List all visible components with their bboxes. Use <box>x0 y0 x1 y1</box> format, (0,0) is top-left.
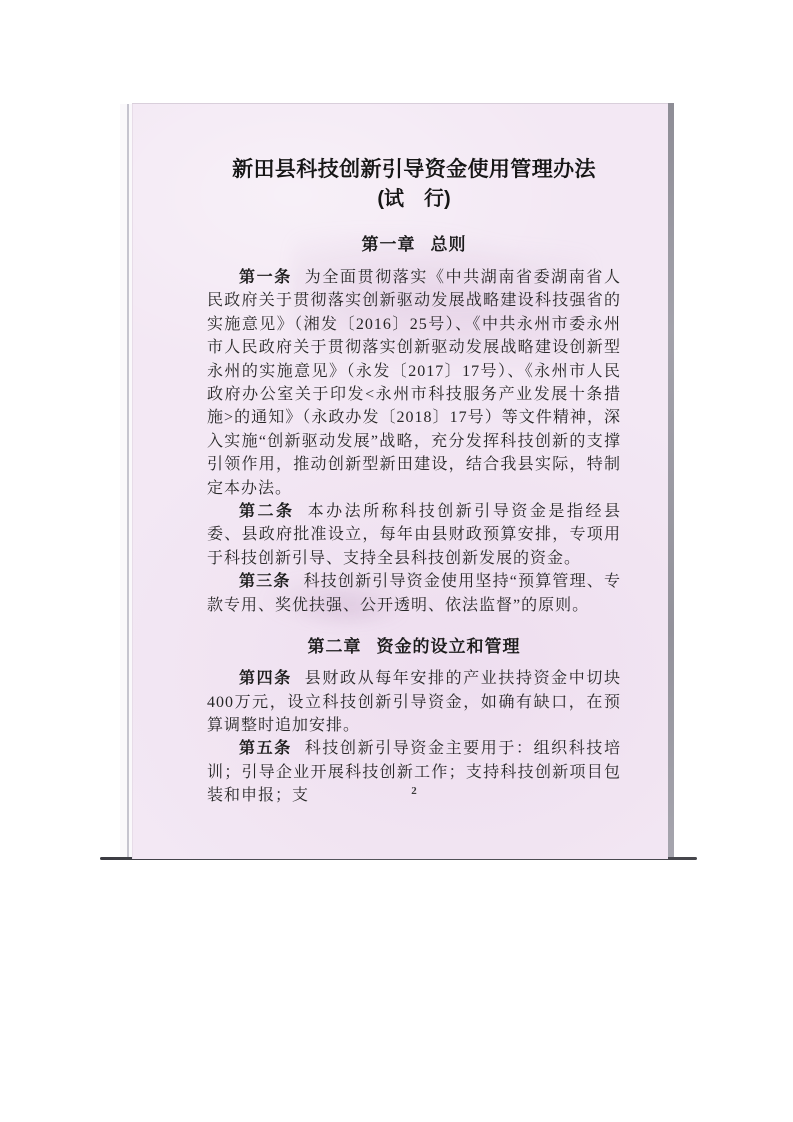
page-crease-line <box>127 104 129 857</box>
document-subtitle: (试 行) <box>207 186 621 213</box>
chapter-1-title: 总则 <box>431 235 467 254</box>
document-page: 新田县科技创新引导资金使用管理办法 (试 行) 第一章总则 第一条为全面贯彻落实… <box>132 103 668 859</box>
article-2-paragraph: 第二条本办法所称科技创新引导资金是指经县委、县政府批准设立，每年由县财政预算安排… <box>207 500 621 570</box>
chapter-1-heading: 第一章总则 <box>207 233 621 257</box>
article-1-paragraph: 第一条为全面贯彻落实《中共湖南省委湖南省人民政府关于贯彻落实创新驱动发展战略建设… <box>207 266 621 500</box>
chapter-2-title: 资金的设立和管理 <box>377 637 521 656</box>
chapter-1-label: 第一章 <box>362 235 416 254</box>
article-5-label: 第五条 <box>239 740 292 757</box>
article-4-paragraph: 第四条县财政从每年安排的产业扶持资金中切块400万元，设立科技创新引导资金，如确… <box>207 667 621 737</box>
document-title: 新田县科技创新引导资金使用管理办法 <box>207 156 621 183</box>
chapter-2-label: 第二章 <box>308 637 362 656</box>
article-2-label: 第二条 <box>239 503 295 520</box>
article-3-paragraph: 第三条科技创新引导资金使用坚持“预算管理、专款专用、奖优扶强、公开透明、依法监督… <box>207 570 621 617</box>
chapter-2-heading: 第二章资金的设立和管理 <box>207 635 621 659</box>
page-right-edge <box>668 103 674 857</box>
article-3-label: 第三条 <box>239 573 291 590</box>
article-1-label: 第一条 <box>239 269 292 286</box>
scanned-document-canvas: 新田县科技创新引导资金使用管理办法 (试 行) 第一章总则 第一条为全面贯彻落实… <box>0 0 793 1122</box>
article-4-label: 第四条 <box>239 670 292 687</box>
page-number: 2 <box>207 785 621 797</box>
document-content: 新田县科技创新引导资金使用管理办法 (试 行) 第一章总则 第一条为全面贯彻落实… <box>207 156 621 808</box>
chapter-1-body: 第一条为全面贯彻落实《中共湖南省委湖南省人民政府关于贯彻落实创新驱动发展战略建设… <box>207 266 621 617</box>
article-1-text: 为全面贯彻落实《中共湖南省委湖南省人民政府关于贯彻落实创新驱动发展战略建设科技强… <box>207 269 621 497</box>
